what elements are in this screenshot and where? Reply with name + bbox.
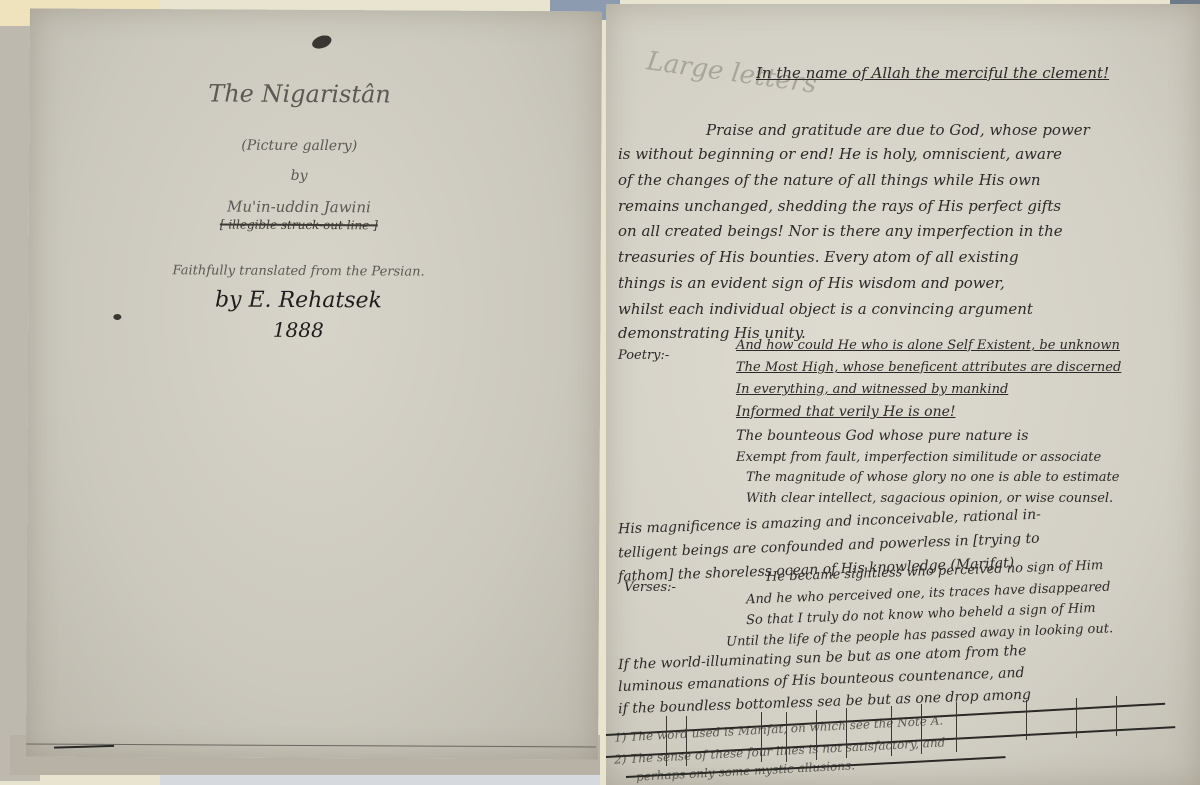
poem-line: In everything, and witnessed by mankind [736, 382, 1008, 397]
translator-name: by E. Rehatsek [148, 287, 448, 314]
invocation-heading: In the name of Allah the merciful the cl… [756, 64, 1109, 82]
poem-line: With clear intellect, sagacious opinion,… [746, 491, 1113, 506]
text-line: whilst each individual object is a convi… [618, 300, 1033, 318]
text-line: remains unchanged, shedding the rays of … [618, 197, 1061, 215]
translation-note: Faithfully translated from the Persian. [129, 263, 469, 280]
poem-line: And how could He who is alone Self Exist… [736, 338, 1120, 353]
text-page: Large letters In the name of Allah the m… [606, 4, 1200, 785]
text-line: treasuries of His bounties. Every atom o… [618, 248, 1019, 266]
manuscript-title: The Nigaristân [149, 79, 449, 109]
text-line: of the changes of the nature of all thin… [618, 171, 1041, 189]
strike-line [816, 710, 817, 760]
text-line: is without beginning or end! He is holy,… [618, 145, 1062, 163]
text-line: things is an evident sign of His wisdom … [618, 274, 1005, 292]
ink-stain [310, 33, 333, 51]
poem-line: The magnitude of whose glory no one is a… [746, 470, 1119, 485]
strike-line [761, 712, 762, 762]
ink-mark [54, 745, 114, 749]
strike-line [921, 704, 922, 754]
strike-line [956, 702, 957, 752]
manuscript-subtitle: (Picture gallery) [149, 137, 449, 155]
struck-out-line: [ illegible struck-out line ] [149, 217, 449, 233]
ink-stain [113, 314, 121, 320]
strike-line [666, 716, 667, 766]
poem-line: The Most High, whose beneficent attribut… [736, 360, 1121, 375]
strike-line [891, 706, 892, 756]
strike-line [686, 716, 687, 766]
strike-line [1076, 698, 1077, 738]
poem-line: The bounteous God whose pure nature is [736, 428, 1028, 444]
poem-line: Informed that verily He is one! [736, 404, 956, 420]
author-name: Mu'in-uddin Jawini [149, 197, 449, 217]
title-page: The Nigaristân (Picture gallery) by Mu'i… [26, 9, 602, 760]
strike-line [1116, 696, 1117, 736]
text-line: Praise and gratitude are due to God, who… [706, 121, 1090, 139]
strike-line [786, 712, 787, 762]
strike-line [846, 708, 847, 758]
strike-line [1026, 700, 1027, 740]
verses-label: Verses:- [624, 580, 676, 595]
by-label: by [149, 167, 449, 185]
text-line: on all created beings! Nor is there any … [618, 222, 1063, 240]
poem-line: Exempt from fault, imperfection similitu… [736, 450, 1101, 465]
poetry-label: Poetry:- [618, 348, 669, 363]
year: 1888 [218, 317, 378, 342]
